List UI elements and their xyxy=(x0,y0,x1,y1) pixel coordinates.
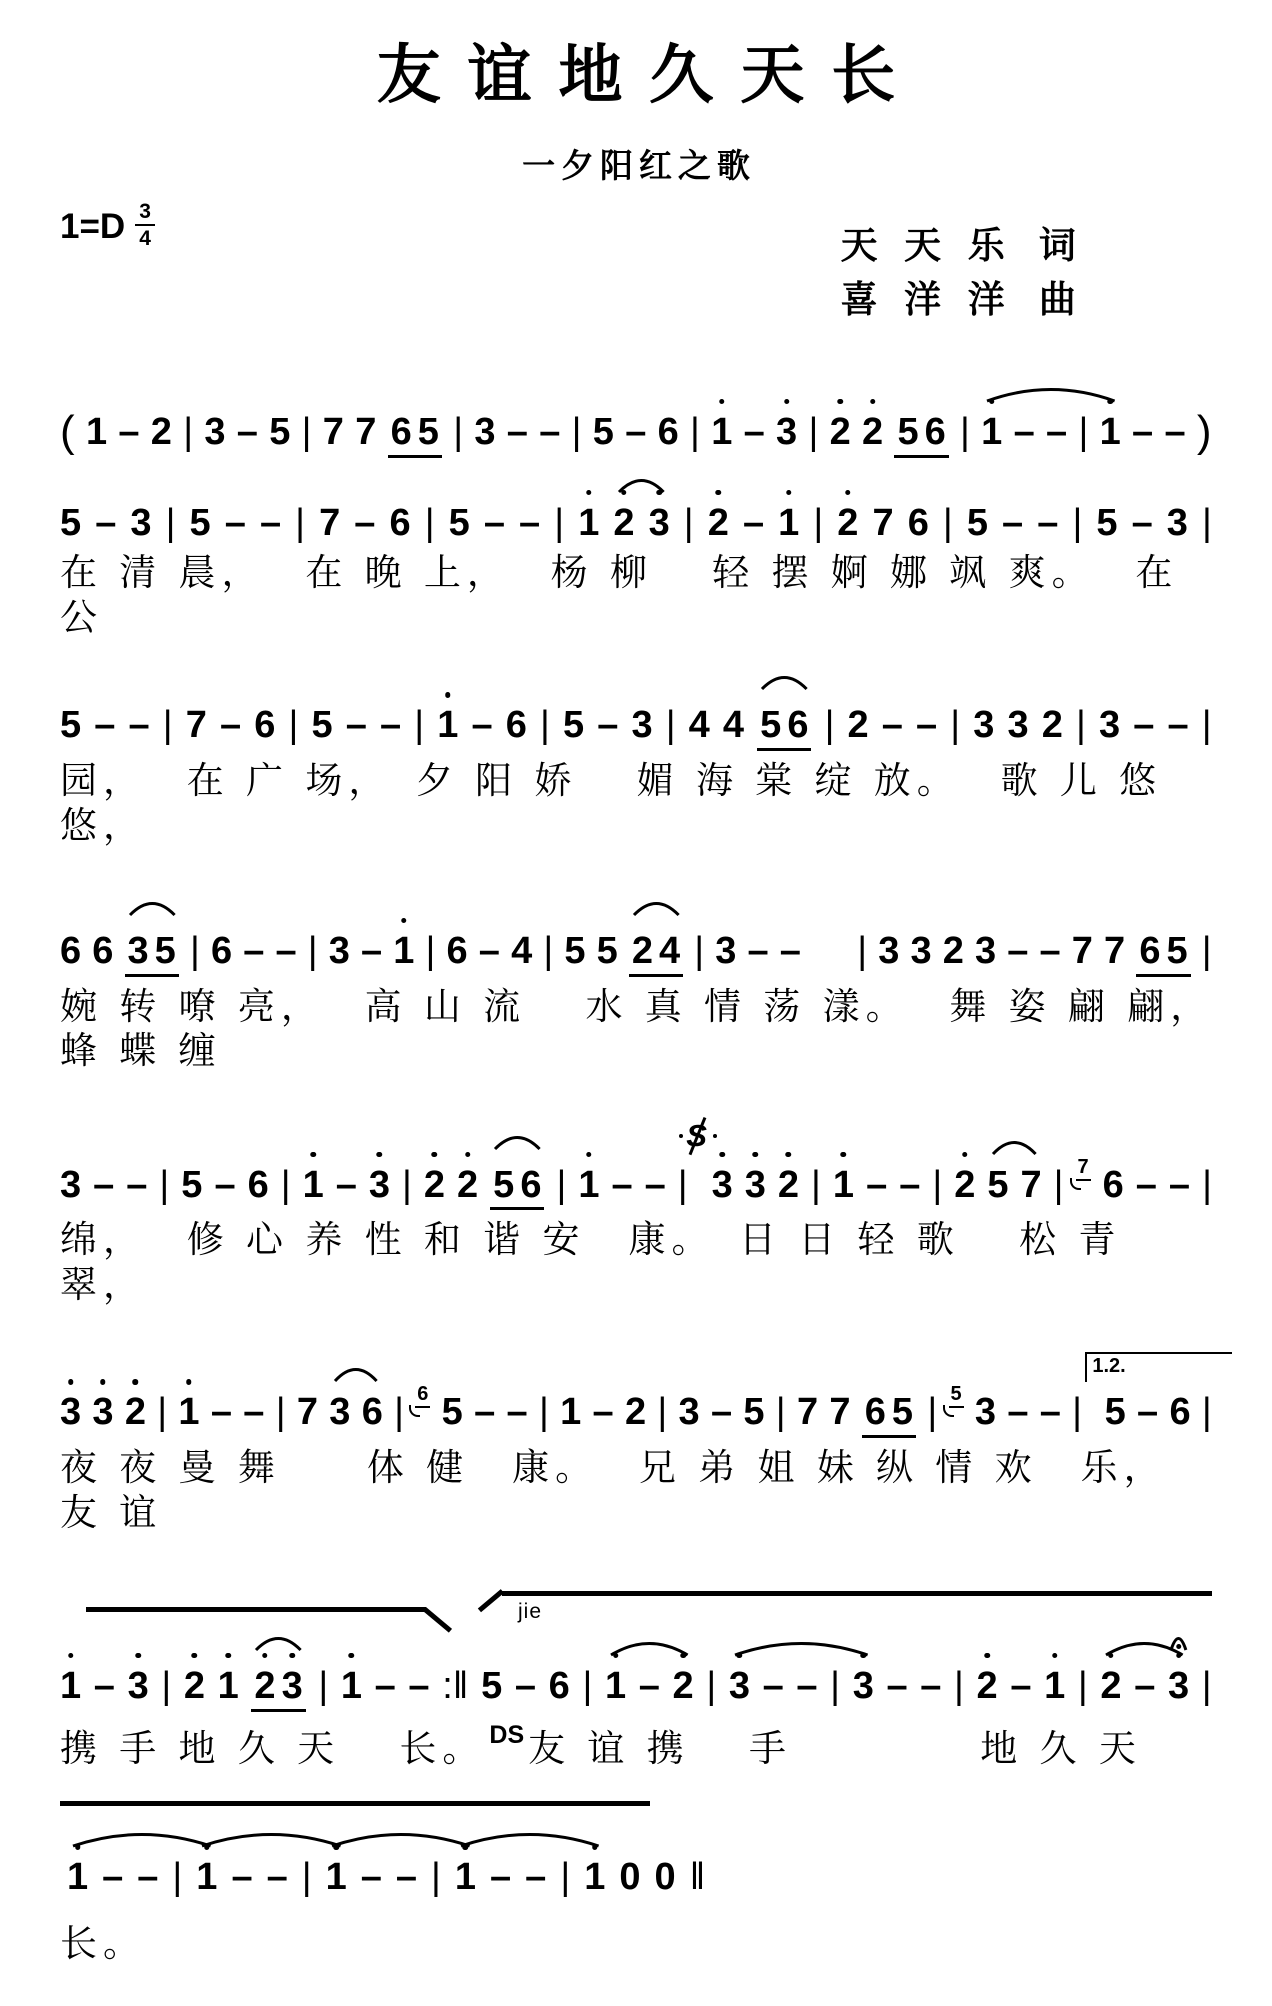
barline: | xyxy=(556,1166,566,1206)
barline: | xyxy=(302,1858,312,1898)
barline: | xyxy=(183,413,193,453)
barline: | xyxy=(1072,1393,1082,1433)
tie-arc xyxy=(254,1631,303,1653)
note: 1 xyxy=(178,1393,199,1433)
beam-group: 56 xyxy=(490,1166,544,1211)
lyrics-line-3: 婉 转 嘹 亮， 高 山 流 水 真 情 荡 漾。 舞 姿 翩 翩， 蜂 蝶 缠 xyxy=(60,985,1212,1074)
meta-row: 1=D 3 4 天 天 乐词 喜 洋 洋曲 xyxy=(60,205,1212,326)
note: 3 xyxy=(130,504,151,544)
barline: | xyxy=(543,932,553,972)
note: 6 xyxy=(390,504,411,544)
note: 6 xyxy=(447,932,468,972)
note: 7 xyxy=(297,1393,318,1433)
barline: | xyxy=(426,932,436,972)
duration-dash: – xyxy=(899,1166,920,1206)
octave-dot xyxy=(401,918,407,924)
note: 2 xyxy=(977,1667,998,1707)
barline: | xyxy=(684,504,694,544)
note: 6 xyxy=(1103,1166,1124,1206)
duration-dash: – xyxy=(93,1166,114,1206)
octave-dot xyxy=(68,1653,74,1659)
note: 3 xyxy=(631,706,652,746)
note: 1 xyxy=(455,1858,476,1898)
note: 5 xyxy=(442,1393,463,1433)
note: 5 xyxy=(593,413,614,453)
note: 3 xyxy=(1099,706,1120,746)
note: 3 xyxy=(92,1393,113,1433)
note: 5 xyxy=(1096,504,1117,544)
octave-dot xyxy=(786,1152,792,1158)
note: 7 xyxy=(319,504,340,544)
notation-paren: ) xyxy=(1197,409,1212,455)
note: 1 xyxy=(981,413,1002,453)
note: 3 xyxy=(1167,504,1188,544)
phrase-bracket-row: jie xyxy=(60,1585,1212,1633)
note: 7 xyxy=(355,413,376,453)
octave-dot xyxy=(377,1152,383,1158)
octave-dot xyxy=(716,490,722,496)
note: 4 xyxy=(723,706,744,746)
note: 3 xyxy=(715,932,736,972)
octave-dot xyxy=(753,1152,759,1158)
note: 6 xyxy=(506,706,527,746)
barline: | xyxy=(453,413,463,453)
note: 5 xyxy=(418,413,439,453)
duration-dash: – xyxy=(214,1166,235,1206)
octave-dot xyxy=(225,1653,231,1659)
duration-dash: – xyxy=(94,1667,115,1707)
song-subtitle: 一夕阳红之歌 xyxy=(60,140,1212,187)
barline: | xyxy=(830,1667,840,1707)
barline: | xyxy=(927,1393,937,1433)
duration-dash: – xyxy=(743,504,764,544)
note: 2 xyxy=(708,504,729,544)
duration-dash: – xyxy=(539,413,560,453)
note: 3 xyxy=(329,1393,350,1433)
grace-note: 6 xyxy=(415,1384,430,1408)
barline: | xyxy=(776,1393,786,1433)
note: 6 xyxy=(362,1393,383,1433)
note: 3 xyxy=(679,1393,700,1433)
notation-line-5: 3––|5–6|1–3|2256|1––|S332|1––|257|76––| xyxy=(60,1126,1212,1211)
duration-dash: – xyxy=(593,1393,614,1433)
note: 1 xyxy=(778,504,799,544)
duration-dash: – xyxy=(882,706,903,746)
note: 6 xyxy=(391,413,412,453)
note: 2 xyxy=(1042,706,1063,746)
barline: | xyxy=(157,1393,167,1433)
barline: | xyxy=(554,504,564,544)
duration-dash: – xyxy=(1137,1393,1158,1433)
octave-dot xyxy=(1052,1653,1058,1659)
barline: | xyxy=(678,1166,688,1206)
lyrics-line-5: 夜 夜 曼 舞 体 健 康。 兄 弟 姐 妹 纵 情 欢 乐， 友 谊 xyxy=(60,1446,1212,1535)
octave-dot xyxy=(845,490,851,496)
duration-dash: – xyxy=(1014,413,1035,453)
note: 5 xyxy=(760,706,781,746)
barline: | xyxy=(281,1166,291,1206)
note: 1 xyxy=(341,1667,362,1707)
barline: | xyxy=(1202,706,1212,746)
barline: | xyxy=(1202,1393,1212,1433)
octave-dot xyxy=(135,1653,141,1659)
barline: | xyxy=(943,504,953,544)
barline: | xyxy=(161,1667,171,1707)
note: 2 xyxy=(943,932,964,972)
barline: | xyxy=(159,1166,169,1206)
key-signature-prefix: 1=D xyxy=(60,207,125,247)
duration-dash: – xyxy=(1134,1667,1155,1707)
octave-dot xyxy=(465,1152,471,1158)
duration-dash: – xyxy=(1007,932,1028,972)
note: 6 xyxy=(92,932,113,972)
barline: | xyxy=(1078,413,1088,453)
note: 1 xyxy=(196,1858,217,1898)
note: 7 xyxy=(1104,932,1125,972)
jie-annotation: jie xyxy=(518,1600,542,1624)
note: 3 xyxy=(128,932,149,972)
note: 5 xyxy=(190,504,211,544)
note: 5 xyxy=(564,932,585,972)
duration-dash: – xyxy=(220,706,241,746)
note: 2 xyxy=(837,504,858,544)
notation-line-8: 1––|1––|1––|1––|100‖ xyxy=(60,1818,1212,1898)
duration-dash: – xyxy=(490,1858,511,1898)
octave-dot xyxy=(262,1653,268,1659)
note: 1 xyxy=(1100,413,1121,453)
duration-dash: – xyxy=(479,932,500,972)
note: 2 xyxy=(830,413,851,453)
note: 5 xyxy=(897,413,918,453)
barline: | xyxy=(954,1667,964,1707)
tie-arc xyxy=(733,1636,870,1658)
note: 2 xyxy=(613,504,634,544)
grace-note: 7 xyxy=(1076,1157,1091,1181)
note: 3 xyxy=(1008,706,1029,746)
duration-dash: – xyxy=(408,1667,429,1707)
credits: 天 天 乐词 喜 洋 洋曲 xyxy=(841,219,1212,326)
note: 1 xyxy=(437,706,458,746)
notation-line-3: 5––|7–6|5––|1–6|5–3|4456|2––|332|3––| xyxy=(60,666,1212,751)
barline: | xyxy=(1078,1667,1088,1707)
note: 3 xyxy=(729,1667,750,1707)
barline: | xyxy=(1054,1166,1064,1206)
note: 2 xyxy=(848,706,869,746)
notation-line-2: 5–3|5––|7–6|5––|123|2–1|276|5––|5–3| xyxy=(60,464,1212,544)
phrase-bracket-left xyxy=(86,1607,426,1612)
grace-note: 5 xyxy=(949,1384,964,1408)
note: 2 xyxy=(125,1393,146,1433)
duration-dash: – xyxy=(1007,1393,1028,1433)
barline: | xyxy=(302,413,312,453)
octave-dot xyxy=(586,490,592,496)
duration-dash: – xyxy=(126,1166,147,1206)
duration-dash: – xyxy=(231,1858,252,1898)
note: 2 xyxy=(254,1667,275,1707)
barline: | xyxy=(666,706,676,746)
duration-dash: – xyxy=(645,1166,666,1206)
duration-dash: – xyxy=(375,1667,396,1707)
note: 5 xyxy=(987,1166,1008,1206)
duration-dash: – xyxy=(625,413,646,453)
note: 6 xyxy=(925,413,946,453)
note: 3 xyxy=(975,932,996,972)
note: 2 xyxy=(778,1166,799,1206)
duration-dash: – xyxy=(484,504,505,544)
duration-dash: – xyxy=(1164,413,1185,453)
note: 6 xyxy=(60,932,81,972)
duration-dash: – xyxy=(1002,504,1023,544)
barline: | xyxy=(808,413,818,453)
note: 1 xyxy=(578,1166,599,1206)
note: 6 xyxy=(1169,1393,1190,1433)
octave-dot xyxy=(133,1379,139,1385)
beam-group: 23 xyxy=(251,1667,305,1712)
ds-marker: DS xyxy=(489,1721,524,1749)
duration-dash: – xyxy=(507,413,528,453)
note: 1 xyxy=(303,1166,324,1206)
duration-dash: – xyxy=(1010,1667,1031,1707)
note: 3 xyxy=(60,1393,81,1433)
lyrics-line-7: 长。 xyxy=(60,1922,1212,1966)
note: 1 xyxy=(584,1858,605,1898)
octave-dot xyxy=(289,1653,295,1659)
duration-dash: – xyxy=(886,1667,907,1707)
barline: | xyxy=(813,504,823,544)
lyrics-line-6: 携 手 地 久 天 长。DS友 谊 携 手 地 久 天 xyxy=(60,1720,1212,1771)
note: 1 xyxy=(578,504,599,544)
tie-arc xyxy=(609,1636,690,1658)
notation-line-4: 6635|6––|3–1|6–4|5524|3––|3323––7765| xyxy=(60,892,1212,977)
barline: | xyxy=(690,413,700,453)
duration-dash: – xyxy=(780,932,801,972)
barline: | xyxy=(295,504,305,544)
duration-dash: – xyxy=(102,1858,123,1898)
note: 2 xyxy=(151,413,172,453)
note: 3 xyxy=(369,1166,390,1206)
duration-dash: – xyxy=(396,1858,417,1898)
tie-arc xyxy=(128,896,177,918)
note: 3 xyxy=(975,1393,996,1433)
note: 1 xyxy=(67,1858,88,1898)
note: 6 xyxy=(908,504,929,544)
note: 6 xyxy=(211,932,232,972)
duration-dash: – xyxy=(243,932,264,972)
barline: | xyxy=(172,1858,182,1898)
note: 2 xyxy=(184,1667,205,1707)
note: 5 xyxy=(967,504,988,544)
note: 1 xyxy=(218,1667,239,1707)
octave-dot xyxy=(445,692,451,698)
credit-lyricist: 天 天 乐词 xyxy=(841,219,1084,273)
note: 3 xyxy=(282,1667,303,1707)
final-barline: ‖ xyxy=(690,1858,706,1898)
lyrics-line-4: 绵， 修 心 养 性 和 谐 安 康。 日 日 轻 歌 松 青 翠， xyxy=(60,1218,1212,1307)
note: 3 xyxy=(853,1667,874,1707)
barline: | xyxy=(540,706,550,746)
barline: | xyxy=(694,932,704,972)
duration-dash: – xyxy=(471,706,492,746)
barline: | xyxy=(166,504,176,544)
octave-dot xyxy=(192,1653,198,1659)
barline: | xyxy=(1202,1667,1212,1707)
duration-dash: – xyxy=(1132,504,1153,544)
duration-dash: – xyxy=(118,413,139,453)
beam-group: 56 xyxy=(757,706,811,751)
barline: | xyxy=(1202,504,1212,544)
note: 2 xyxy=(632,932,653,972)
duration-dash: – xyxy=(525,1858,546,1898)
tie-arc xyxy=(991,1135,1038,1157)
barline: | xyxy=(706,1667,716,1707)
note: 4 xyxy=(689,706,710,746)
octave-dot xyxy=(784,399,790,405)
note: 2 xyxy=(1100,1667,1121,1707)
note: 1 xyxy=(393,932,414,972)
barline: | xyxy=(276,1393,286,1433)
time-signature-numerator: 3 xyxy=(135,201,155,226)
octave-dot xyxy=(310,1152,316,1158)
note: 3 xyxy=(745,1166,766,1206)
barline: | xyxy=(190,932,200,972)
duration-dash: – xyxy=(711,1393,732,1433)
note: 5 xyxy=(311,706,332,746)
page-title: 友谊地久天长 xyxy=(60,40,1212,110)
barline: | xyxy=(572,413,582,453)
octave-dot xyxy=(100,1379,106,1385)
barline: | xyxy=(582,1667,592,1707)
repeat-barline: :‖ xyxy=(442,1667,468,1707)
duration-dash: – xyxy=(94,706,115,746)
duration-dash: – xyxy=(225,504,246,544)
duration-dash: – xyxy=(1132,413,1153,453)
note: 1 xyxy=(326,1858,347,1898)
beam-group: 35 xyxy=(125,932,179,977)
notation-line-1: (1–2|3–5|7765|3––|5–6|1–3|2256|1––|1––) xyxy=(60,367,1212,458)
note: 5 xyxy=(60,504,81,544)
note: 6 xyxy=(658,413,679,453)
duration-dash: – xyxy=(744,413,765,453)
notation-line-7: 1–3|2123|1––:‖5–6|1–2|3––|3––|2–1|2–3| xyxy=(60,1627,1212,1712)
duration-dash: – xyxy=(920,1667,941,1707)
octave-dot xyxy=(841,1152,847,1158)
duration-dash: – xyxy=(275,932,296,972)
note: 4 xyxy=(511,932,532,972)
note: 3 xyxy=(910,932,931,972)
barline: | xyxy=(657,1393,667,1433)
duration-dash: – xyxy=(474,1393,495,1433)
tie-arc xyxy=(632,896,681,918)
duration-dash: – xyxy=(1168,706,1189,746)
barline: | xyxy=(539,1393,549,1433)
duration-dash: – xyxy=(211,1393,232,1433)
sheet-music-page: 友谊地久天长 一夕阳红之歌 1=D 3 4 天 天 乐词 喜 洋 洋曲 (1–2… xyxy=(0,0,1272,2006)
duration-dash: – xyxy=(866,1166,887,1206)
credit-composer: 喜 洋 洋曲 xyxy=(841,273,1084,327)
note: 6 xyxy=(865,1393,886,1433)
octave-dot xyxy=(719,1152,725,1158)
duration-dash: – xyxy=(1046,413,1067,453)
note: 2 xyxy=(424,1166,445,1206)
volta-bracket: 1.2. xyxy=(1085,1352,1232,1382)
thick-divider-line xyxy=(60,1801,650,1806)
note: 1 xyxy=(1044,1667,1065,1707)
note: 5 xyxy=(60,706,81,746)
note: 3 xyxy=(712,1166,733,1206)
segno-icon: S xyxy=(685,1119,709,1153)
octave-dot xyxy=(984,1653,990,1659)
note: 3 xyxy=(329,932,350,972)
note: 5 xyxy=(892,1393,913,1433)
barline: | xyxy=(857,932,867,972)
tie-arc xyxy=(71,1827,213,1849)
note: 7 xyxy=(323,413,344,453)
duration-dash: – xyxy=(1040,932,1061,972)
note: 6 xyxy=(549,1667,570,1707)
tie-arc xyxy=(333,1362,379,1384)
octave-dot xyxy=(68,1379,74,1385)
note: 3 xyxy=(128,1667,149,1707)
note: 3 xyxy=(776,413,797,453)
note: 1 xyxy=(711,413,732,453)
duration-dash: – xyxy=(237,413,258,453)
octave-dot xyxy=(962,1152,968,1158)
barline: | xyxy=(425,504,435,544)
note: 6 xyxy=(254,706,275,746)
barline: | xyxy=(1202,1166,1212,1206)
note: 5 xyxy=(493,1166,514,1206)
beam-group: 65 xyxy=(1136,932,1190,977)
note: 6 xyxy=(1139,932,1160,972)
octave-dot xyxy=(719,399,725,405)
note: 7 xyxy=(186,706,207,746)
lyrics-line-2: 园， 在 广 场， 夕 阳 娇 媚 海 棠 绽 放。 歌 儿 悠 悠， xyxy=(60,759,1212,848)
duration-dash: – xyxy=(361,1858,382,1898)
barline: | xyxy=(318,1667,328,1707)
note: 5 xyxy=(597,932,618,972)
note: 5 xyxy=(449,504,470,544)
key-signature: 1=D 3 4 xyxy=(60,205,155,249)
barline: | xyxy=(1202,932,1212,972)
octave-dot xyxy=(837,399,843,405)
beam-group: 65 xyxy=(862,1393,916,1438)
duration-dash: – xyxy=(346,706,367,746)
note: 6 xyxy=(787,706,808,746)
duration-dash: – xyxy=(267,1858,288,1898)
duration-dash: – xyxy=(95,504,116,544)
duration-dash: – xyxy=(1136,1166,1157,1206)
note: 1 xyxy=(560,1393,581,1433)
tie-arc xyxy=(330,1827,472,1849)
duration-dash: – xyxy=(1037,504,1058,544)
duration-dash: – xyxy=(597,706,618,746)
note: 3 xyxy=(204,413,225,453)
duration-dash: – xyxy=(336,1166,357,1206)
barline: | xyxy=(308,932,318,972)
note: 3 xyxy=(973,706,994,746)
octave-dot xyxy=(432,1152,438,1158)
phrase-bracket-right: jie xyxy=(502,1591,1212,1596)
note: 5 xyxy=(155,932,176,972)
barline: | xyxy=(394,1393,404,1433)
note: 2 xyxy=(954,1166,975,1206)
tie-arc xyxy=(617,473,666,495)
octave-dot xyxy=(870,399,876,405)
duration-dash: – xyxy=(507,1393,528,1433)
barline: | xyxy=(402,1166,412,1206)
note: 5 xyxy=(481,1667,502,1707)
barline: | xyxy=(288,706,298,746)
